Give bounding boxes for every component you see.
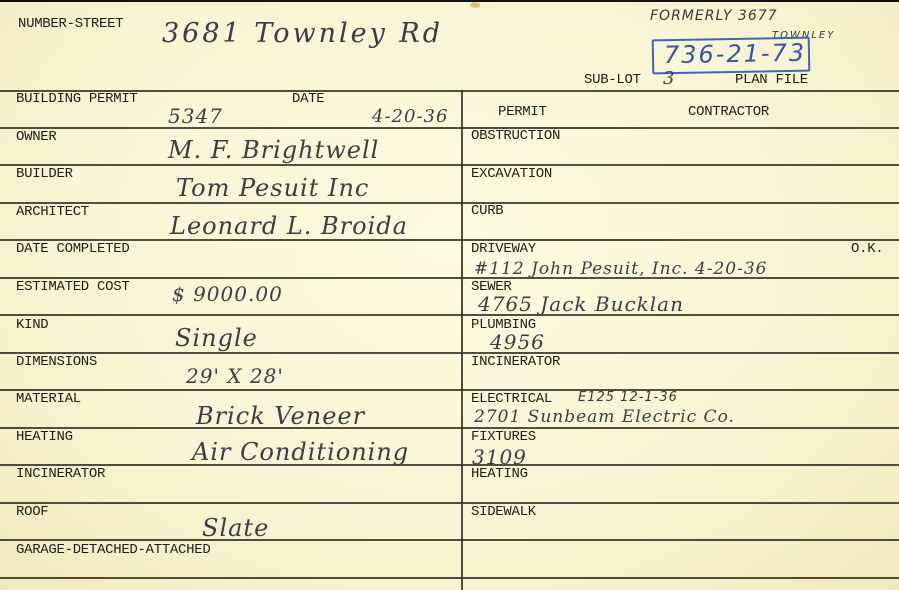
plumbing-value: 4956 <box>490 330 545 354</box>
incinerator-permit-label: INCINERATOR <box>471 354 560 370</box>
architect-label: ARCHITECT <box>16 204 89 220</box>
dimensions-label: DIMENSIONS <box>16 354 97 370</box>
stain-mark <box>470 2 480 8</box>
rule-line <box>0 239 899 241</box>
estimated-cost-label: ESTIMATED COST <box>16 279 129 295</box>
rule-line <box>0 314 899 316</box>
dimensions-value: 29' X 28' <box>186 364 284 388</box>
heating-value: Air Conditioning <box>192 438 409 466</box>
rule-line <box>0 539 899 541</box>
excavation-label: EXCAVATION <box>471 166 552 182</box>
material-value: Brick Veneer <box>196 402 365 430</box>
driveway-value: #112 John Pesuit, Inc. 4-20-36 <box>474 259 768 279</box>
rule-line <box>0 352 899 354</box>
sewer-value: 4765 Jack Bucklan <box>478 292 684 316</box>
fixtures-label: FIXTURES <box>471 429 536 445</box>
rule-line <box>0 127 899 129</box>
estimated-cost-value: $ 9000.00 <box>172 282 283 306</box>
garage-label: GARAGE-DETACHED-ATTACHED <box>16 542 210 558</box>
obstruction-label: OBSTRUCTION <box>471 128 560 144</box>
date-completed-label: DATE COMPLETED <box>16 241 129 257</box>
kind-value: Single <box>175 324 258 352</box>
number-street-label: NUMBER-STREET <box>18 16 123 32</box>
formerly-note: FORMERLY 3677 <box>650 8 778 24</box>
driveway-label: DRIVEWAY <box>471 241 536 257</box>
roof-label: ROOF <box>16 504 48 520</box>
contractor-header: CONTRACTOR <box>688 104 769 120</box>
rule-line <box>0 202 899 204</box>
building-permit-label: BUILDING PERMIT <box>16 91 138 107</box>
sub-lot-value: 3 <box>663 68 675 89</box>
driveway-ok-note: O.K. <box>851 241 883 257</box>
electrical-note: E125 12-1-36 <box>578 390 678 405</box>
builder-value: Tom Pesuit Inc <box>176 174 369 202</box>
incinerator-label: INCINERATOR <box>16 466 105 482</box>
sidewalk-label: SIDEWALK <box>471 504 536 520</box>
ledger-stamp: 736-21-73 <box>652 37 811 75</box>
permit-header: PERMIT <box>498 104 547 120</box>
plan-file-label: PLAN FILE <box>735 72 808 88</box>
rule-line <box>0 502 899 504</box>
electrical-value: 2701 Sunbeam Electric Co. <box>474 407 735 427</box>
rule-line <box>0 577 899 579</box>
rule-line <box>0 427 899 429</box>
builder-label: BUILDER <box>16 166 73 182</box>
sub-lot-label: SUB-LOT <box>584 72 641 88</box>
kind-label: KIND <box>16 317 48 333</box>
rule-line <box>0 164 899 166</box>
material-label: MATERIAL <box>16 391 81 407</box>
heating-label: HEATING <box>16 429 73 445</box>
building-permit-value: 5347 <box>168 104 223 128</box>
owner-label: OWNER <box>16 129 57 145</box>
roof-value: Slate <box>202 514 269 542</box>
permit-card: NUMBER-STREET 3681 Townley Rd FORMERLY 3… <box>0 2 899 590</box>
electrical-label: ELECTRICAL <box>471 391 552 407</box>
architect-value: Leonard L. Broida <box>170 212 408 240</box>
number-street-value: 3681 Townley Rd <box>162 18 443 49</box>
date-value: 4-20-36 <box>372 106 448 127</box>
rule-line <box>0 389 899 391</box>
curb-label: CURB <box>471 203 503 219</box>
stamp-number: 736-21-73 <box>664 39 807 69</box>
heating-permit-label: HEATING <box>471 466 528 482</box>
date-label: DATE <box>292 91 324 107</box>
owner-value: M. F. Brightwell <box>168 136 379 164</box>
rule-line <box>0 464 899 466</box>
